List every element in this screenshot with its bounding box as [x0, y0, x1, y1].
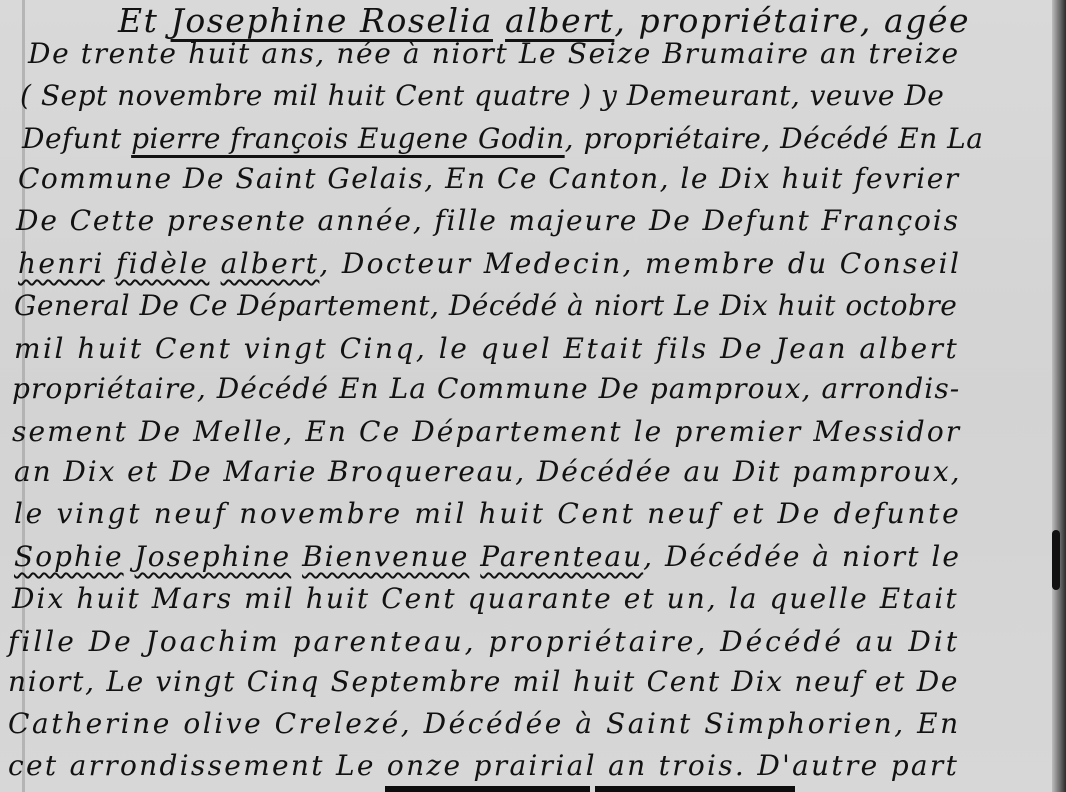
underlined-name: albert [505, 1, 614, 40]
text-segment [469, 540, 480, 573]
manuscript-line: sement De Melle, En Ce Département le pr… [12, 418, 961, 446]
text-segment: mil huit Cent vingt Cinq, le quel Etait … [14, 332, 959, 365]
underlined-name: pierre françois Eugene Godin [131, 122, 565, 155]
text-segment: , propriétaire, agée [614, 1, 970, 40]
text-segment: an Dix et De Marie Broquereau, Décédée a… [14, 455, 961, 488]
text-segment [209, 247, 220, 280]
manuscript-line: Catherine olive Crelezé, Décédée à Saint… [8, 710, 961, 738]
text-segment: , propriétaire, Décédé En La [565, 122, 984, 155]
manuscript-line: niort, Le vingt Cinq Septembre mil huit … [8, 668, 959, 696]
text-segment: Et [118, 1, 171, 40]
text-segment: sement De Melle, En Ce Département le pr… [12, 415, 961, 448]
text-segment: le vingt neuf novembre mil huit Cent neu… [14, 497, 961, 530]
manuscript-line: mil huit Cent vingt Cinq, le quel Etait … [14, 335, 959, 363]
underlined-name: Sophie [14, 540, 124, 573]
text-segment: Catherine olive Crelezé, Décédée à Saint… [8, 707, 961, 740]
underlined-name: Josephine [135, 540, 292, 573]
underlined-name: albert [221, 247, 320, 280]
text-segment [124, 540, 135, 573]
manuscript-page: Et Josephine Roselia albert, propriétair… [0, 0, 1066, 792]
manuscript-line: henri fidèle albert, Docteur Medecin, me… [18, 250, 961, 278]
manuscript-line: ( Sept novembre mil huit Cent quatre ) y… [20, 82, 944, 110]
text-segment [105, 247, 116, 280]
manuscript-line: General De Ce Département, Décédé à nior… [14, 292, 957, 320]
underlined-name: Josephine Roselia [171, 1, 493, 40]
manuscript-line: Defunt pierre françois Eugene Godin, pro… [22, 125, 983, 153]
text-segment: Dix huit Mars mil huit Cent quarante et … [12, 582, 959, 615]
ink-blot [1052, 530, 1060, 590]
manuscript-line: Sophie Josephine Bienvenue Parenteau, Dé… [14, 543, 961, 571]
text-segment [493, 1, 505, 40]
manuscript-line: Dix huit Mars mil huit Cent quarante et … [12, 585, 959, 613]
manuscript-line: Commune De Saint Gelais, En Ce Canton, l… [18, 165, 960, 193]
text-segment: Commune De Saint Gelais, En Ce Canton, l… [18, 162, 960, 195]
underlined-name: fidèle [116, 247, 209, 280]
underlined-name: Bienvenue [302, 540, 469, 573]
page-binding-edge [1052, 0, 1066, 792]
scan-edge-bar [385, 786, 590, 792]
underlined-name: henri [18, 247, 105, 280]
text-segment: fille De Joachim parenteau, propriétaire… [8, 625, 960, 658]
manuscript-line: De Cette presente année, fille majeure D… [16, 207, 960, 235]
underlined-name: Parenteau [480, 540, 643, 573]
text-segment: , Docteur Medecin, membre du Conseil [319, 247, 961, 280]
text-segment: General De Ce Département, Décédé à nior… [14, 289, 957, 322]
text-segment: cet arrondissement Le onze prairial an t… [8, 749, 959, 782]
text-segment: ( Sept novembre mil huit Cent quatre ) y… [20, 79, 944, 112]
manuscript-line: De trente huit ans, née à niort Le Seize… [28, 40, 960, 68]
text-segment: , Décédée à niort le [643, 540, 961, 573]
text-segment: niort, Le vingt Cinq Septembre mil huit … [8, 665, 959, 698]
scan-edge-bar [595, 786, 795, 792]
text-segment: De trente huit ans, née à niort Le Seize… [28, 37, 960, 70]
manuscript-line: cet arrondissement Le onze prairial an t… [8, 752, 959, 780]
text-segment: De Cette presente année, fille majeure D… [16, 204, 960, 237]
manuscript-line: Et Josephine Roselia albert, propriétair… [118, 4, 970, 37]
manuscript-line: propriétaire, Décédé En La Commune De pa… [12, 375, 960, 403]
manuscript-line: fille De Joachim parenteau, propriétaire… [8, 628, 960, 656]
text-segment [291, 540, 302, 573]
text-segment: propriétaire, Décédé En La Commune De pa… [12, 372, 960, 405]
manuscript-line: le vingt neuf novembre mil huit Cent neu… [14, 500, 961, 528]
manuscript-line: an Dix et De Marie Broquereau, Décédée a… [14, 458, 961, 486]
text-segment: Defunt [22, 122, 131, 155]
